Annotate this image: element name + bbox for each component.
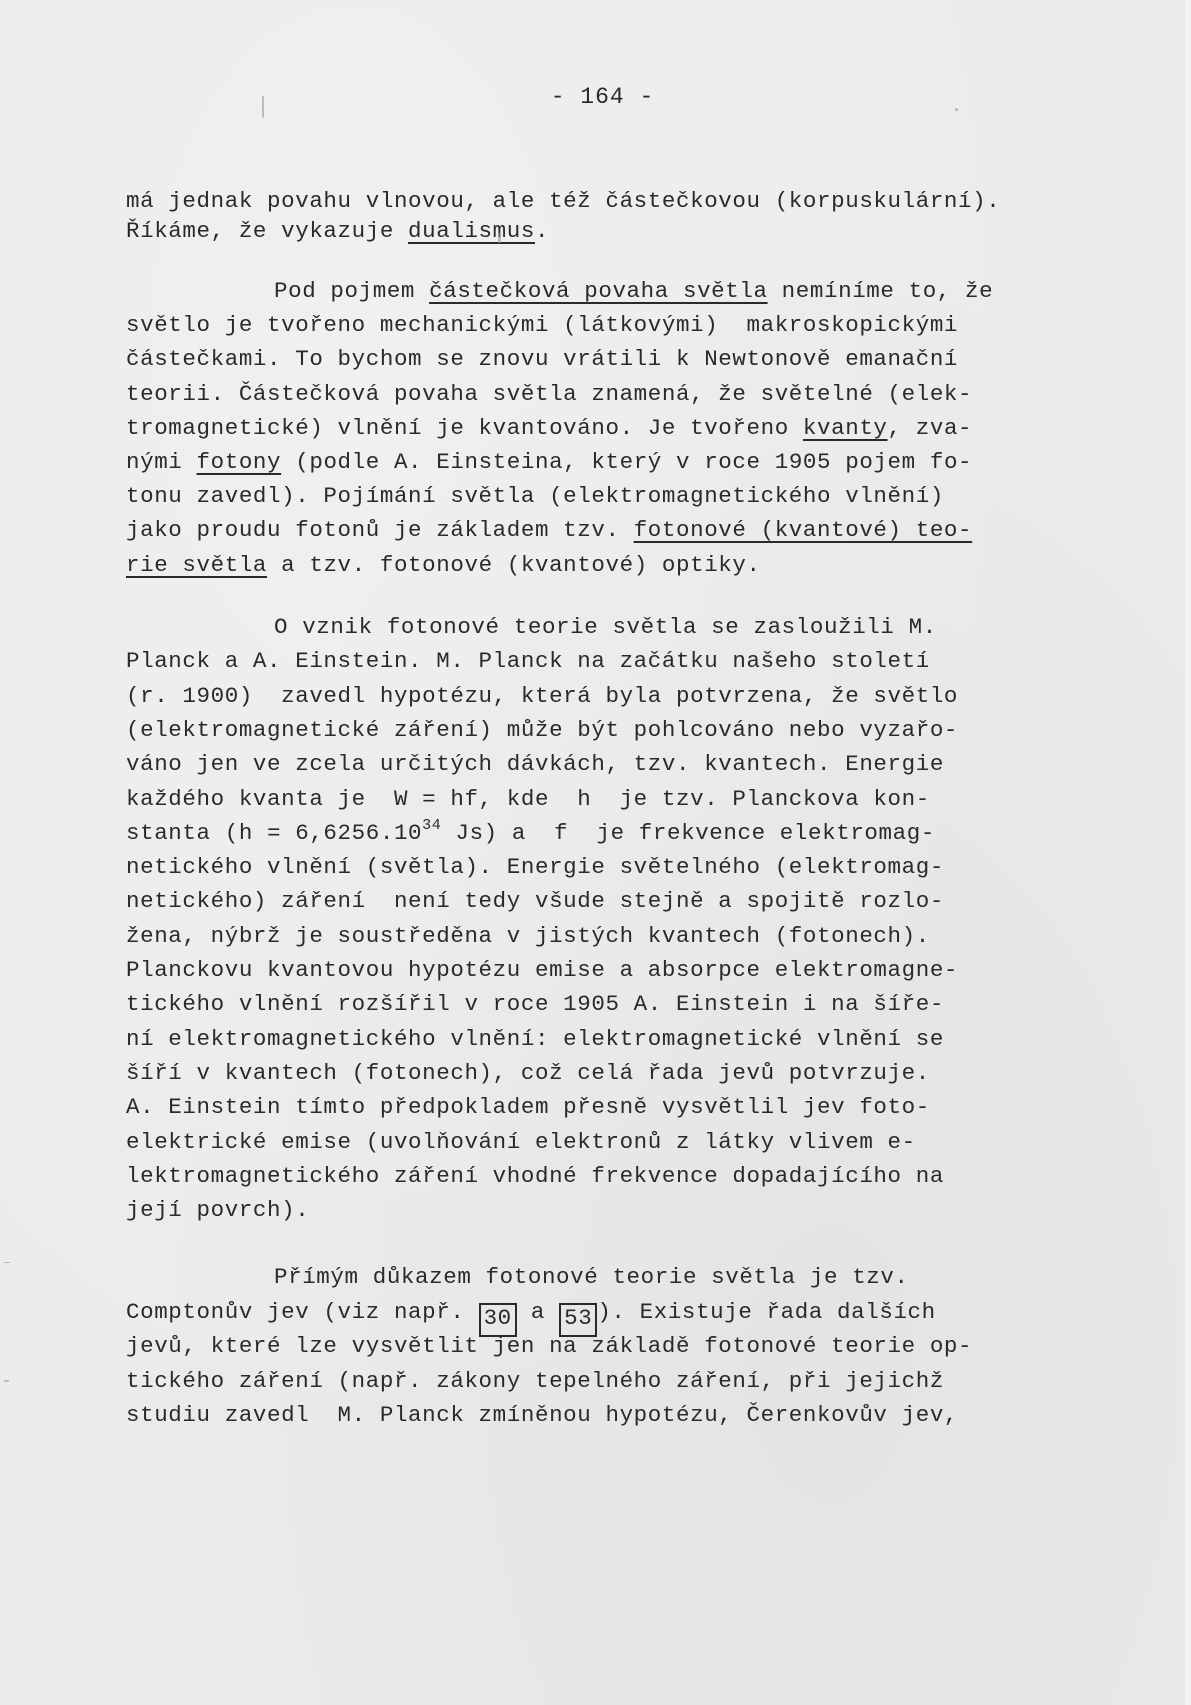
text-line: lektromagnetického záření vhodné frekven… bbox=[126, 1161, 944, 1191]
underlined-term: dualismus bbox=[408, 218, 535, 244]
text-line: netického vlnění (světla). Energie světe… bbox=[126, 852, 944, 882]
text-line: stanta (h = 6,6256.1034 Js) a f je frekv… bbox=[126, 818, 935, 848]
scan-artifact bbox=[4, 1262, 10, 1263]
scan-artifact bbox=[4, 1380, 9, 1382]
underlined-term: kvanty bbox=[803, 415, 888, 441]
scan-artifact bbox=[262, 96, 264, 118]
text-line: její povrch). bbox=[126, 1195, 309, 1225]
text-line: tonu zavedl). Pojímání světla (elektroma… bbox=[126, 481, 944, 511]
text-line: (r. 1900) zavedl hypotézu, která byla po… bbox=[126, 681, 958, 711]
text-line: Říkáme, že vykazuje dualismus. bbox=[126, 216, 549, 246]
text-line: každého kvanta je W = hf, kde h je tzv. … bbox=[126, 784, 930, 814]
text-line: A. Einstein tímto předpokladem přesně vy… bbox=[126, 1092, 930, 1122]
text-line: Planckovu kvantovou hypotézu emise a abs… bbox=[126, 955, 958, 985]
page-number: - 164 - bbox=[0, 84, 1185, 110]
underlined-term: částečková povaha světla bbox=[429, 278, 767, 304]
text-line: Planck a A. Einstein. M. Planck na začát… bbox=[126, 646, 930, 676]
text-line: nými fotony (podle A. Einsteina, který v… bbox=[126, 447, 972, 477]
text-line: ní elektromagnetického vlnění: elektroma… bbox=[126, 1024, 944, 1054]
scanned-page: - 164 - má jednak povahu vlnovou, ale té… bbox=[0, 0, 1185, 1705]
text-line: světlo je tvořeno mechanickými (látkovým… bbox=[126, 310, 958, 340]
text-line: teorii. Částečková povaha světla znamená… bbox=[126, 379, 972, 409]
text-line: Přímým důkazem fotonové teorie světla je… bbox=[274, 1262, 909, 1292]
underlined-term: fotonové (kvantové) teo- bbox=[634, 517, 972, 543]
exponent: 34 bbox=[422, 817, 441, 834]
text-line: studiu zavedl M. Planck zmíněnou hypotéz… bbox=[126, 1400, 958, 1430]
text-line: váno jen ve zcela určitých dávkách, tzv.… bbox=[126, 749, 944, 779]
underlined-term: rie světla bbox=[126, 552, 267, 578]
text-line: rie světla a tzv. fotonové (kvantové) op… bbox=[126, 550, 761, 580]
text-line: tického záření (např. zákony tepelného z… bbox=[126, 1366, 944, 1396]
page-edge bbox=[1185, 0, 1191, 1705]
text-line: (elektromagnetické záření) může být pohl… bbox=[126, 715, 958, 745]
text-line: netického) záření není tedy všude stejně… bbox=[126, 886, 944, 916]
text-line: jako proudu fotonů je základem tzv. foto… bbox=[126, 515, 972, 545]
text-line: částečkami. To bychom se znovu vrátili k… bbox=[126, 344, 958, 374]
text-line: šíří v kvantech (fotonech), což celá řad… bbox=[126, 1058, 930, 1088]
underlined-term: fotony bbox=[197, 449, 282, 475]
text-line: tromagnetické) vlnění je kvantováno. Je … bbox=[126, 413, 972, 443]
scan-artifact bbox=[605, 1305, 607, 1307]
scan-artifact bbox=[955, 108, 958, 111]
text-line: jevů, které lze vysvětlit jen na základě… bbox=[126, 1331, 972, 1361]
text-line: Pod pojmem částečková povaha světla nemí… bbox=[274, 276, 993, 306]
scan-artifact bbox=[498, 233, 501, 243]
text-line: žena, nýbrž je soustředěna v jistých kva… bbox=[126, 921, 930, 951]
text-line: má jednak povahu vlnovou, ale též částeč… bbox=[126, 186, 1000, 216]
text-line: elektrické emise (uvolňování elektronů z… bbox=[126, 1127, 916, 1157]
text-line: tického vlnění rozšířil v roce 1905 A. E… bbox=[126, 989, 944, 1019]
text-line: O vznik fotonové teorie světla se zaslou… bbox=[274, 612, 937, 642]
